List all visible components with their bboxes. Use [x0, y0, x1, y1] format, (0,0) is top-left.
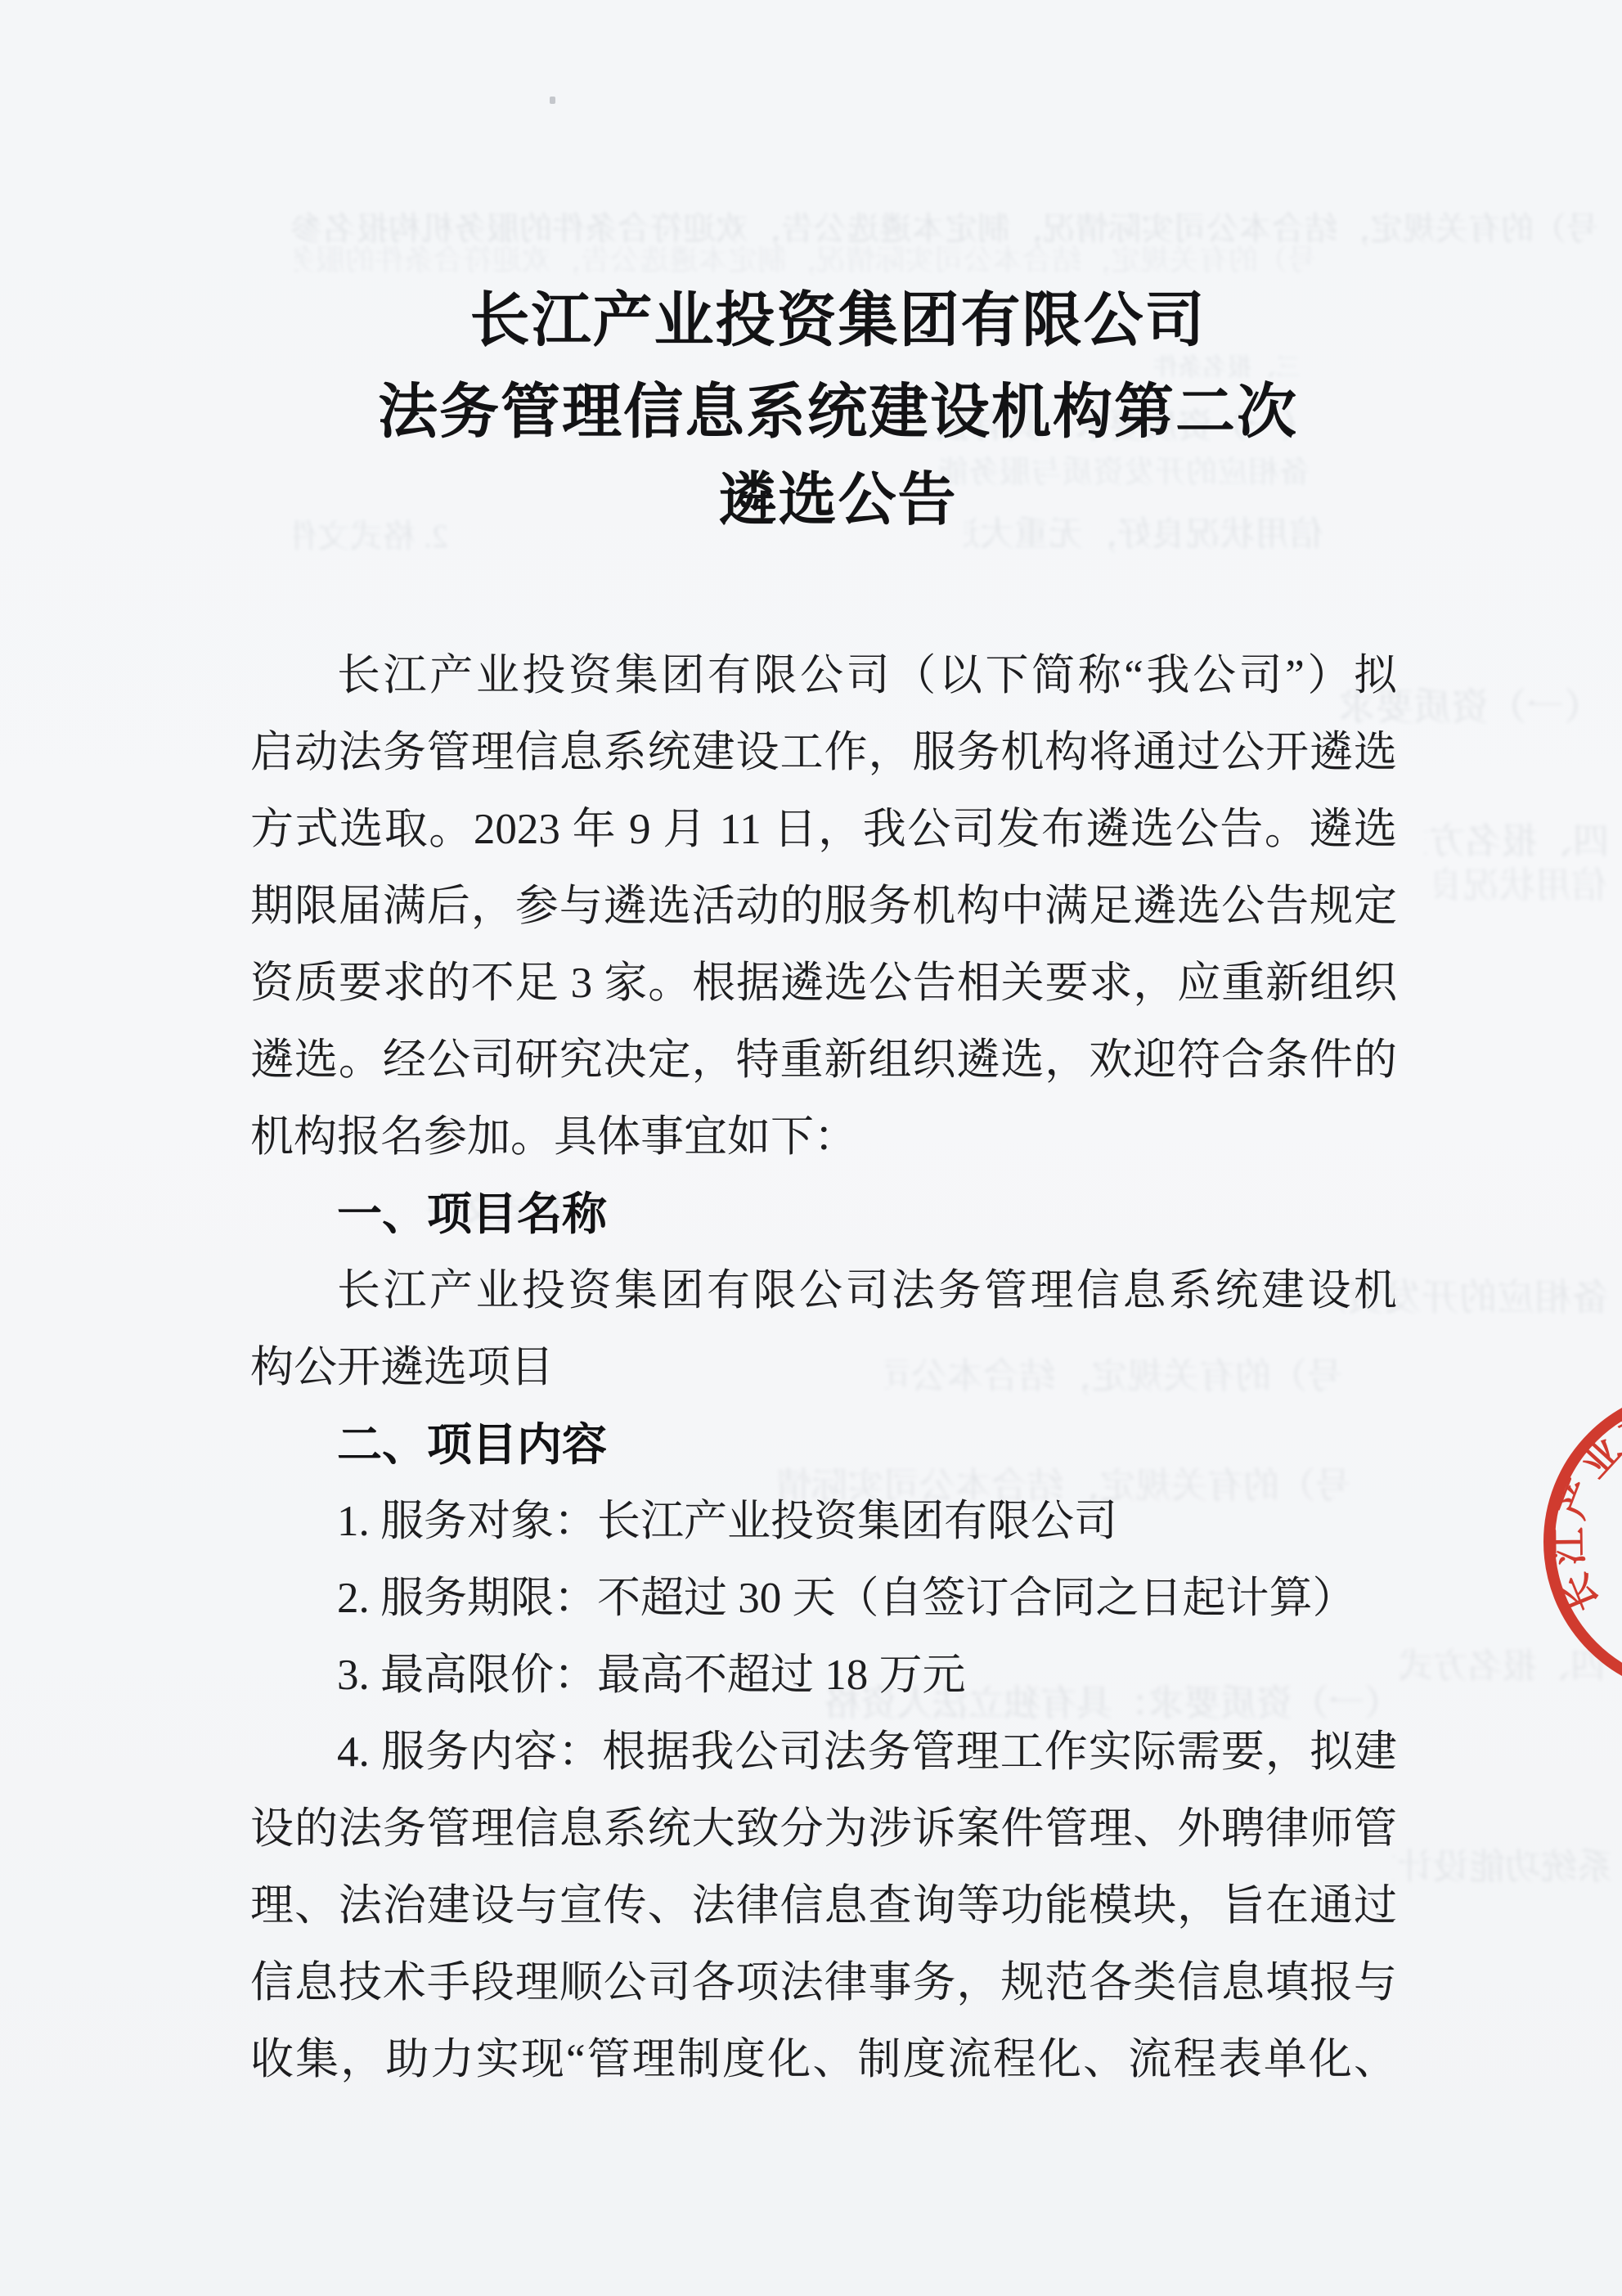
paragraph-line: 遴选。经公司研究决定，特重新组织遴选，欢迎符合条件的 [250, 1022, 1397, 1099]
list-item-2: 2. 服务期限：不超过 30 天（自签订合同之日起计算） [250, 1560, 1397, 1637]
list-item-4-line: 理、法治建设与宣传、法律信息查询等功能模块，旨在通过 [250, 1867, 1397, 1944]
paragraph-line: 期限届满后，参与遴选活动的服务机构中满足遴选公告规定 [250, 868, 1397, 945]
title-line-2: 法务管理信息系统建设机构第二次 [54, 366, 1622, 458]
paragraph-line: 启动法务管理信息系统建设工作，服务机构将通过公开遴选 [250, 714, 1397, 791]
list-item-4-line: 收集，助力实现“管理制度化、制度流程化、流程表单化、 [250, 2021, 1397, 2098]
list-item-4-line: 4. 服务内容：根据我公司法务管理工作实际需要，拟建 [250, 1714, 1397, 1791]
title-line-1: 长江产业投资集团有限公司 [54, 275, 1622, 366]
paragraph-line: 机构报名参加。具体事宜如下： [250, 1099, 1397, 1175]
bleedthrough-text: 号）的有关规定，结合本公司实际情况，制定本遴选公告，欢迎符合条件的服务机构报名参 [245, 203, 1599, 249]
title-line-3: 遴选公告 [54, 458, 1622, 543]
scanned-document-page: 号）的有关规定，结合本公司实际情况，制定本遴选公告，欢迎符合条件的服务机构报名参… [0, 0, 1622, 2296]
bleedthrough-text: 四、报名方式 [1425, 811, 1609, 864]
list-item-4-line: 设的法务管理信息系统大致分为涉诉案件管理、外聘律师管 [250, 1791, 1397, 1867]
company-seal: 长江产业投资集团有限公司 [1505, 1341, 1622, 1767]
list-item-1: 1. 服务对象：长江产业投资集团有限公司 [250, 1483, 1397, 1560]
bleedthrough-text: 信用状况良好，无重大违法记录 [1436, 856, 1607, 908]
section-heading-2: 二、项目内容 [250, 1406, 1397, 1483]
scan-speck [550, 97, 555, 104]
paragraph-line: 长江产业投资集团有限公司（以下简称“我公司”）拟 [250, 637, 1397, 714]
paragraph-line: 长江产业投资集团有限公司法务管理信息系统建设机 [250, 1252, 1397, 1329]
list-item-4-line: 信息技术手段理顺公司各项法律事务，规范各类信息填报与 [250, 1944, 1397, 2021]
bleedthrough-text: 系统功能设计方案 [1392, 1837, 1613, 1889]
section-heading-1: 一、项目名称 [250, 1175, 1397, 1252]
paragraph-line: 方式选取。2023 年 9 月 11 日，我公司发布遴选公告。遴选 [250, 791, 1397, 868]
document-title: 长江产业投资集团有限公司 法务管理信息系统建设机构第二次 遴选公告 [0, 275, 1622, 543]
paragraph-line: 构公开遴选项目 [250, 1329, 1397, 1406]
paragraph-line: 资质要求的不足 3 家。根据遴选公告相关要求，应重新组织 [250, 945, 1397, 1022]
bleedthrough-text: 号）的有关规定，结合本公司实际情况，制定本遴选公告，欢迎符合条件的服务机构报名参 [294, 237, 1317, 279]
document-body: 长江产业投资集团有限公司（以下简称“我公司”）拟 启动法务管理信息系统建设工作，… [250, 637, 1397, 2098]
list-item-3: 3. 最高限价：最高不超过 18 万元 [250, 1637, 1397, 1714]
